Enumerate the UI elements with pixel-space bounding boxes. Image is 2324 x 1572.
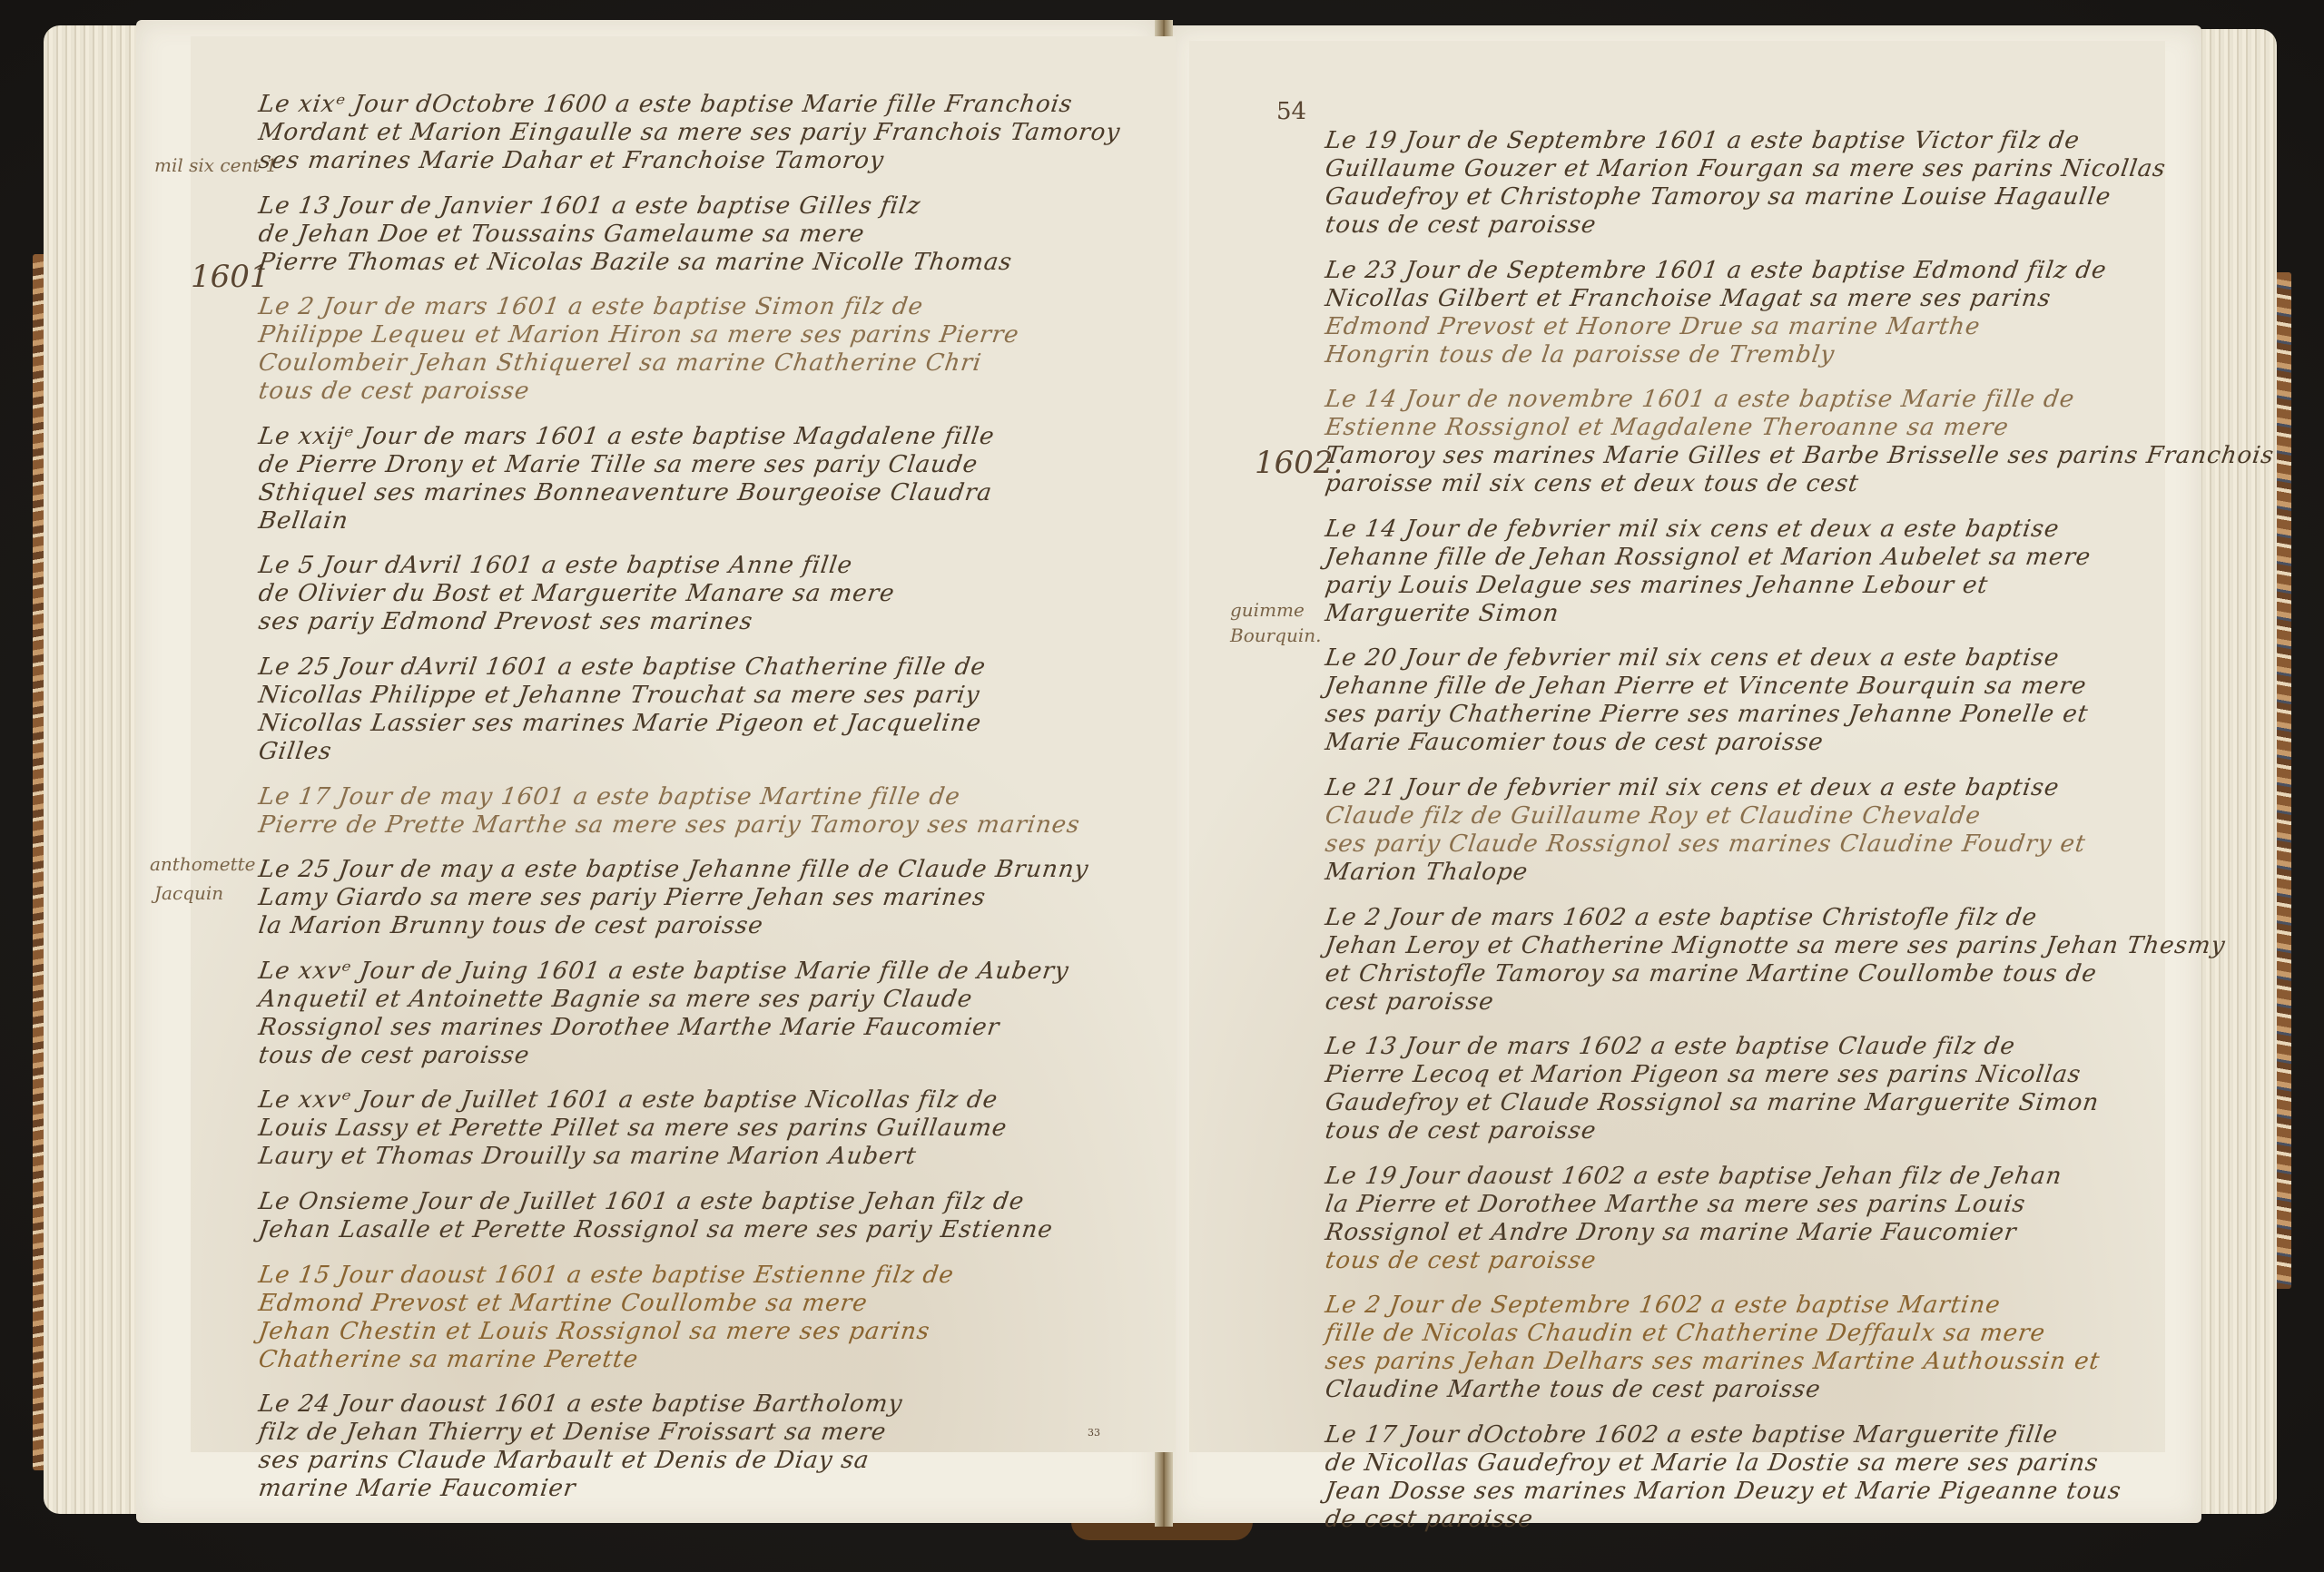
manuscript-line: Lamy Giardo sa mere ses pariy Pierre Jeh…: [257, 884, 988, 911]
manuscript-line: Marie Faucomier tous de cest paroisse: [1324, 729, 1826, 756]
manuscript-line: Guillaume Gouzer et Marion Fourgan sa me…: [1324, 155, 2168, 182]
manuscript-line: Le xxvᵉ Jour de Juing 1601 a este baptis…: [257, 958, 1071, 985]
manuscript-line: Gaudefroy et Claude Rossignol sa marine …: [1324, 1089, 2101, 1116]
manuscript-line: Tamoroy ses marines Marie Gilles et Barb…: [1324, 442, 2276, 469]
manuscript-line: Le 14 Jour de febvrier mil six cens et d…: [1324, 516, 2062, 543]
manuscript-line: Le 15 Jour daoust 1601 a este baptise Es…: [257, 1262, 956, 1289]
manuscript-line: ses pariy Chatherine Pierre ses marines …: [1324, 701, 2090, 728]
manuscript-line: tous de cest paroisse: [1324, 1247, 1599, 1274]
manuscript-line: Gilles: [257, 738, 334, 765]
manuscript-line: Jehanne fille de Jehan Rossignol et Mari…: [1324, 544, 2093, 571]
manuscript-line: Le 19 Jour daoust 1602 a este baptise Je…: [1324, 1163, 2064, 1190]
manuscript-line: ses parins Claude Marbault et Denis de D…: [257, 1447, 871, 1474]
manuscript-line: Nicollas Gilbert et Franchoise Magat sa …: [1324, 285, 2053, 312]
manuscript-line: Le 2 Jour de mars 1601 a este baptise Si…: [257, 293, 925, 320]
manuscript-line: Estienne Rossignol et Magdalene Theroann…: [1324, 414, 2011, 441]
manuscript-line: de Jehan Doe et Toussains Gamelaume sa m…: [257, 221, 867, 248]
manuscript-line: tous de cest paroisse: [1324, 1117, 1599, 1145]
manuscript-line: ses marines Marie Dahar et Franchoise Ta…: [257, 147, 886, 174]
manuscript-line: Jehanne fille de Jehan Pierre et Vincent…: [1324, 673, 2089, 700]
manuscript-line: Pierre Lecoq et Marion Pigeon sa mere se…: [1324, 1061, 2083, 1088]
manuscript-line: Le 19 Jour de Septembre 1601 a este bapt…: [1324, 127, 2082, 154]
manuscript-line: Le xxvᵉ Jour de Juillet 1601 a este bapt…: [257, 1086, 1000, 1114]
manuscript-line: Anquetil et Antoinette Bagnie sa mere se…: [257, 986, 974, 1013]
manuscript-line: Le 14 Jour de novembre 1601 a este bapti…: [1324, 386, 2076, 413]
folio-number-left: 33: [1088, 1427, 1100, 1439]
manuscript-line: Coulombeir Jehan Sthiquerel sa marine Ch…: [257, 349, 983, 377]
manuscript-line: Le 5 Jour dAvril 1601 a este baptise Ann…: [257, 552, 854, 579]
manuscript-line: de cest paroisse: [1324, 1506, 1535, 1533]
manuscript-line: Le xxijᵉ Jour de mars 1601 a este baptis…: [257, 423, 997, 450]
manuscript-line: Le 13 Jour de mars 1602 a este baptise C…: [1324, 1033, 2017, 1060]
margin-note: guimme: [1230, 599, 1305, 621]
manuscript-line: Pierre Thomas et Nicolas Bazile sa marin…: [257, 249, 1014, 276]
manuscript-line: et Christofle Tamoroy sa marine Martine …: [1324, 960, 2099, 987]
manuscript-line: Le 20 Jour de febvrier mil six cens et d…: [1324, 644, 2062, 672]
manuscript-line: Pierre de Prette Marthe sa mere ses pari…: [257, 811, 1082, 839]
manuscript-line: Marion Thalope: [1324, 859, 1530, 886]
manuscript-line: Bellain: [257, 507, 350, 535]
manuscript-line: Le 21 Jour de febvrier mil six cens et d…: [1324, 774, 2062, 801]
manuscript-line: pariy Louis Delague ses marines Jehanne …: [1324, 572, 1990, 599]
manuscript-line: Jean Dosse ses marines Marion Deuzy et M…: [1324, 1478, 2123, 1505]
page-stack-right: [2197, 29, 2277, 1514]
manuscript-line: Chatherine sa marine Perette: [257, 1346, 640, 1373]
manuscript-line: fille de Nicolas Chaudin et Chatherine D…: [1324, 1320, 2047, 1347]
manuscript-line: de Pierre Drony et Marie Tille sa mere s…: [257, 451, 980, 478]
margin-note: Jacquin: [154, 882, 223, 904]
manuscript-line: Le 17 Jour dOctobre 1602 a este baptise …: [1324, 1421, 2060, 1449]
manuscript-line: Le 24 Jour daoust 1601 a este baptise Ba…: [257, 1390, 904, 1418]
manuscript-line: Gaudefroy et Christophe Tamoroy sa marin…: [1324, 183, 2113, 211]
manuscript-line: tous de cest paroisse: [257, 1042, 532, 1069]
manuscript-line: marine Marie Faucomier: [257, 1475, 578, 1502]
manuscript-line: de Nicollas Gaudefroy et Marie la Dostie…: [1324, 1449, 2101, 1477]
manuscript-line: Le 13 Jour de Janvier 1601 a este baptis…: [257, 192, 922, 220]
manuscript-line: Le xixᵉ Jour dOctobre 1600 a este baptis…: [257, 91, 1075, 118]
manuscript-line: Le 2 Jour de mars 1602 a este baptise Ch…: [1324, 904, 2039, 931]
margin-note: Bourquin.: [1230, 624, 1322, 646]
manuscript-line: Rossignol et Andre Drony sa marine Marie…: [1324, 1219, 2018, 1246]
manuscript-line: Louis Lassy et Perette Pillet sa mere se…: [257, 1115, 1009, 1142]
page-stack-left: [44, 25, 143, 1514]
manuscript-line: filz de Jehan Thierry et Denise Froissar…: [257, 1419, 889, 1446]
manuscript-line: ses pariy Claude Rossignol ses marines C…: [1324, 830, 2088, 858]
manuscript-line: Nicollas Lassier ses marines Marie Pigeo…: [257, 710, 983, 737]
manuscript-line: Le Onsieme Jour de Juillet 1601 a este b…: [257, 1188, 1026, 1215]
manuscript-line: tous de cest paroisse: [1324, 211, 1599, 239]
manuscript-line: la Marion Brunny tous de cest paroisse: [257, 912, 765, 939]
manuscript-line: Philippe Lequeu et Marion Hiron sa mere …: [257, 321, 1021, 349]
manuscript-line: Laury et Thomas Drouilly sa marine Mario…: [257, 1143, 919, 1170]
manuscript-line: Hongrin tous de la paroisse de Trembly: [1324, 341, 1837, 368]
manuscript-line: Rossignol ses marines Dorothee Marthe Ma…: [257, 1014, 1001, 1041]
margin-note: anthomette: [150, 853, 255, 875]
manuscript-line: ses pariy Edmond Prevost ses marines: [257, 608, 754, 635]
manuscript-line: Jehan Chestin et Louis Rossignol sa mere…: [257, 1318, 932, 1345]
manuscript-line: Le 25 Jour de may a este baptise Jehanne…: [257, 856, 1090, 883]
manuscript-line: Marguerite Simon: [1324, 600, 1561, 627]
manuscript-line: Sthiquel ses marines Bonneaventure Bourg…: [257, 479, 994, 506]
manuscript-line: la Pierre et Dorothee Marthe sa mere ses…: [1324, 1191, 2027, 1218]
manuscript-line: Nicollas Philippe et Jehanne Trouchat sa…: [257, 682, 981, 709]
manuscript-line: Jehan Leroy et Chatherine Mignotte sa me…: [1324, 932, 2227, 959]
margin-year-1601: 1601: [191, 259, 270, 295]
manuscript-line: Claude filz de Guillaume Roy et Claudine…: [1324, 802, 1983, 830]
manuscript-line: de Olivier du Bost et Marguerite Manare …: [257, 580, 897, 607]
manuscript-line: Le 23 Jour de Septembre 1601 a este bapt…: [1324, 257, 2109, 284]
manuscript-line: Le 17 Jour de may 1601 a este baptise Ma…: [257, 783, 962, 811]
manuscript-line: cest paroisse: [1324, 988, 1496, 1016]
manuscript-line: Le 25 Jour dAvril 1601 a este baptise Ch…: [257, 653, 988, 681]
manuscript-line: tous de cest paroisse: [257, 378, 532, 405]
folio-number-right: 54: [1276, 98, 1306, 125]
manuscript-line: Edmond Prevost et Honore Drue sa marine …: [1324, 313, 1983, 340]
manuscript-line: ses parins Jehan Delhars ses marines Mar…: [1324, 1348, 2102, 1375]
manuscript-line: Le 2 Jour de Septembre 1602 a este bapti…: [1324, 1292, 2003, 1319]
manuscript-line: Jehan Lasalle et Perette Rossignol sa me…: [257, 1216, 1055, 1243]
manuscript-line: paroisse mil six cens et deux tous de ce…: [1324, 470, 1861, 497]
manuscript-line: Edmond Prevost et Martine Coullombe sa m…: [257, 1290, 870, 1317]
manuscript-line: Mordant et Marion Eingaulle sa mere ses …: [257, 119, 1122, 146]
manuscript-line: Claudine Marthe tous de cest paroisse: [1324, 1376, 1823, 1403]
